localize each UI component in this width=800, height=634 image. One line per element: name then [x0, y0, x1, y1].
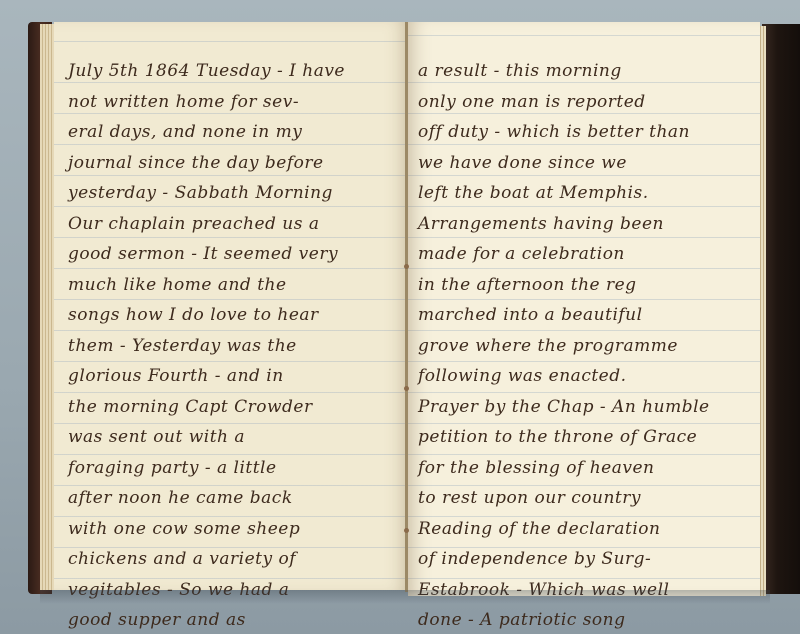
book-shadow	[40, 590, 770, 604]
text-line: off duty - which is better than	[418, 117, 758, 148]
text-line: not written home for sev-	[68, 87, 398, 118]
book-gutter	[405, 22, 408, 592]
text-line: for the blessing of heaven	[418, 453, 758, 484]
right-page-text: a result - this morning only one man is …	[418, 56, 758, 634]
binding-stitch	[404, 264, 409, 269]
binding-stitch	[404, 386, 409, 391]
text-line: after noon he came back	[68, 483, 398, 514]
text-line: chickens and a variety of	[68, 544, 398, 575]
text-line: Prayer by the Chap - An humble	[418, 392, 758, 423]
text-line: yesterday - Sabbath Morning	[68, 178, 398, 209]
left-page-text: July 5th 1864 Tuesday - I have not writt…	[68, 56, 398, 634]
text-line: was sent out with a	[68, 422, 398, 453]
book-cover-right	[762, 24, 800, 594]
text-line: July 5th 1864 Tuesday - I have	[68, 56, 398, 87]
text-line: following was enacted.	[418, 361, 758, 392]
text-line: marched into a beautiful	[418, 300, 758, 331]
text-line: a result - this morning	[418, 56, 758, 87]
text-line: made for a celebration	[418, 239, 758, 270]
text-line: with one cow some sheep	[68, 514, 398, 545]
text-line: journal since the day before	[68, 148, 398, 179]
text-line: to rest upon our country	[418, 483, 758, 514]
text-line: good supper and as	[68, 605, 398, 634]
text-line: petition to the throne of Grace	[418, 422, 758, 453]
text-line: eral days, and none in my	[68, 117, 398, 148]
text-line: only one man is reported	[418, 87, 758, 118]
text-line: glorious Fourth - and in	[68, 361, 398, 392]
text-line: much like home and the	[68, 270, 398, 301]
binding-stitch	[404, 528, 409, 533]
text-line: of independence by Surg-	[418, 544, 758, 575]
text-line: the morning Capt Crowder	[68, 392, 398, 423]
text-line: in the afternoon the reg	[418, 270, 758, 301]
text-line: grove where the programme	[418, 331, 758, 362]
text-line: Reading of the declaration	[418, 514, 758, 545]
text-line: we have done since we	[418, 148, 758, 179]
text-line: done - A patriotic song	[418, 605, 758, 634]
text-line: good sermon - It seemed very	[68, 239, 398, 270]
text-line: foraging party - a little	[68, 453, 398, 484]
text-line: Our chaplain preached us a	[68, 209, 398, 240]
text-line: left the boat at Memphis.	[418, 178, 758, 209]
text-line: songs how I do love to hear	[68, 300, 398, 331]
text-line: Arrangements having been	[418, 209, 758, 240]
text-line: them - Yesterday was the	[68, 331, 398, 362]
